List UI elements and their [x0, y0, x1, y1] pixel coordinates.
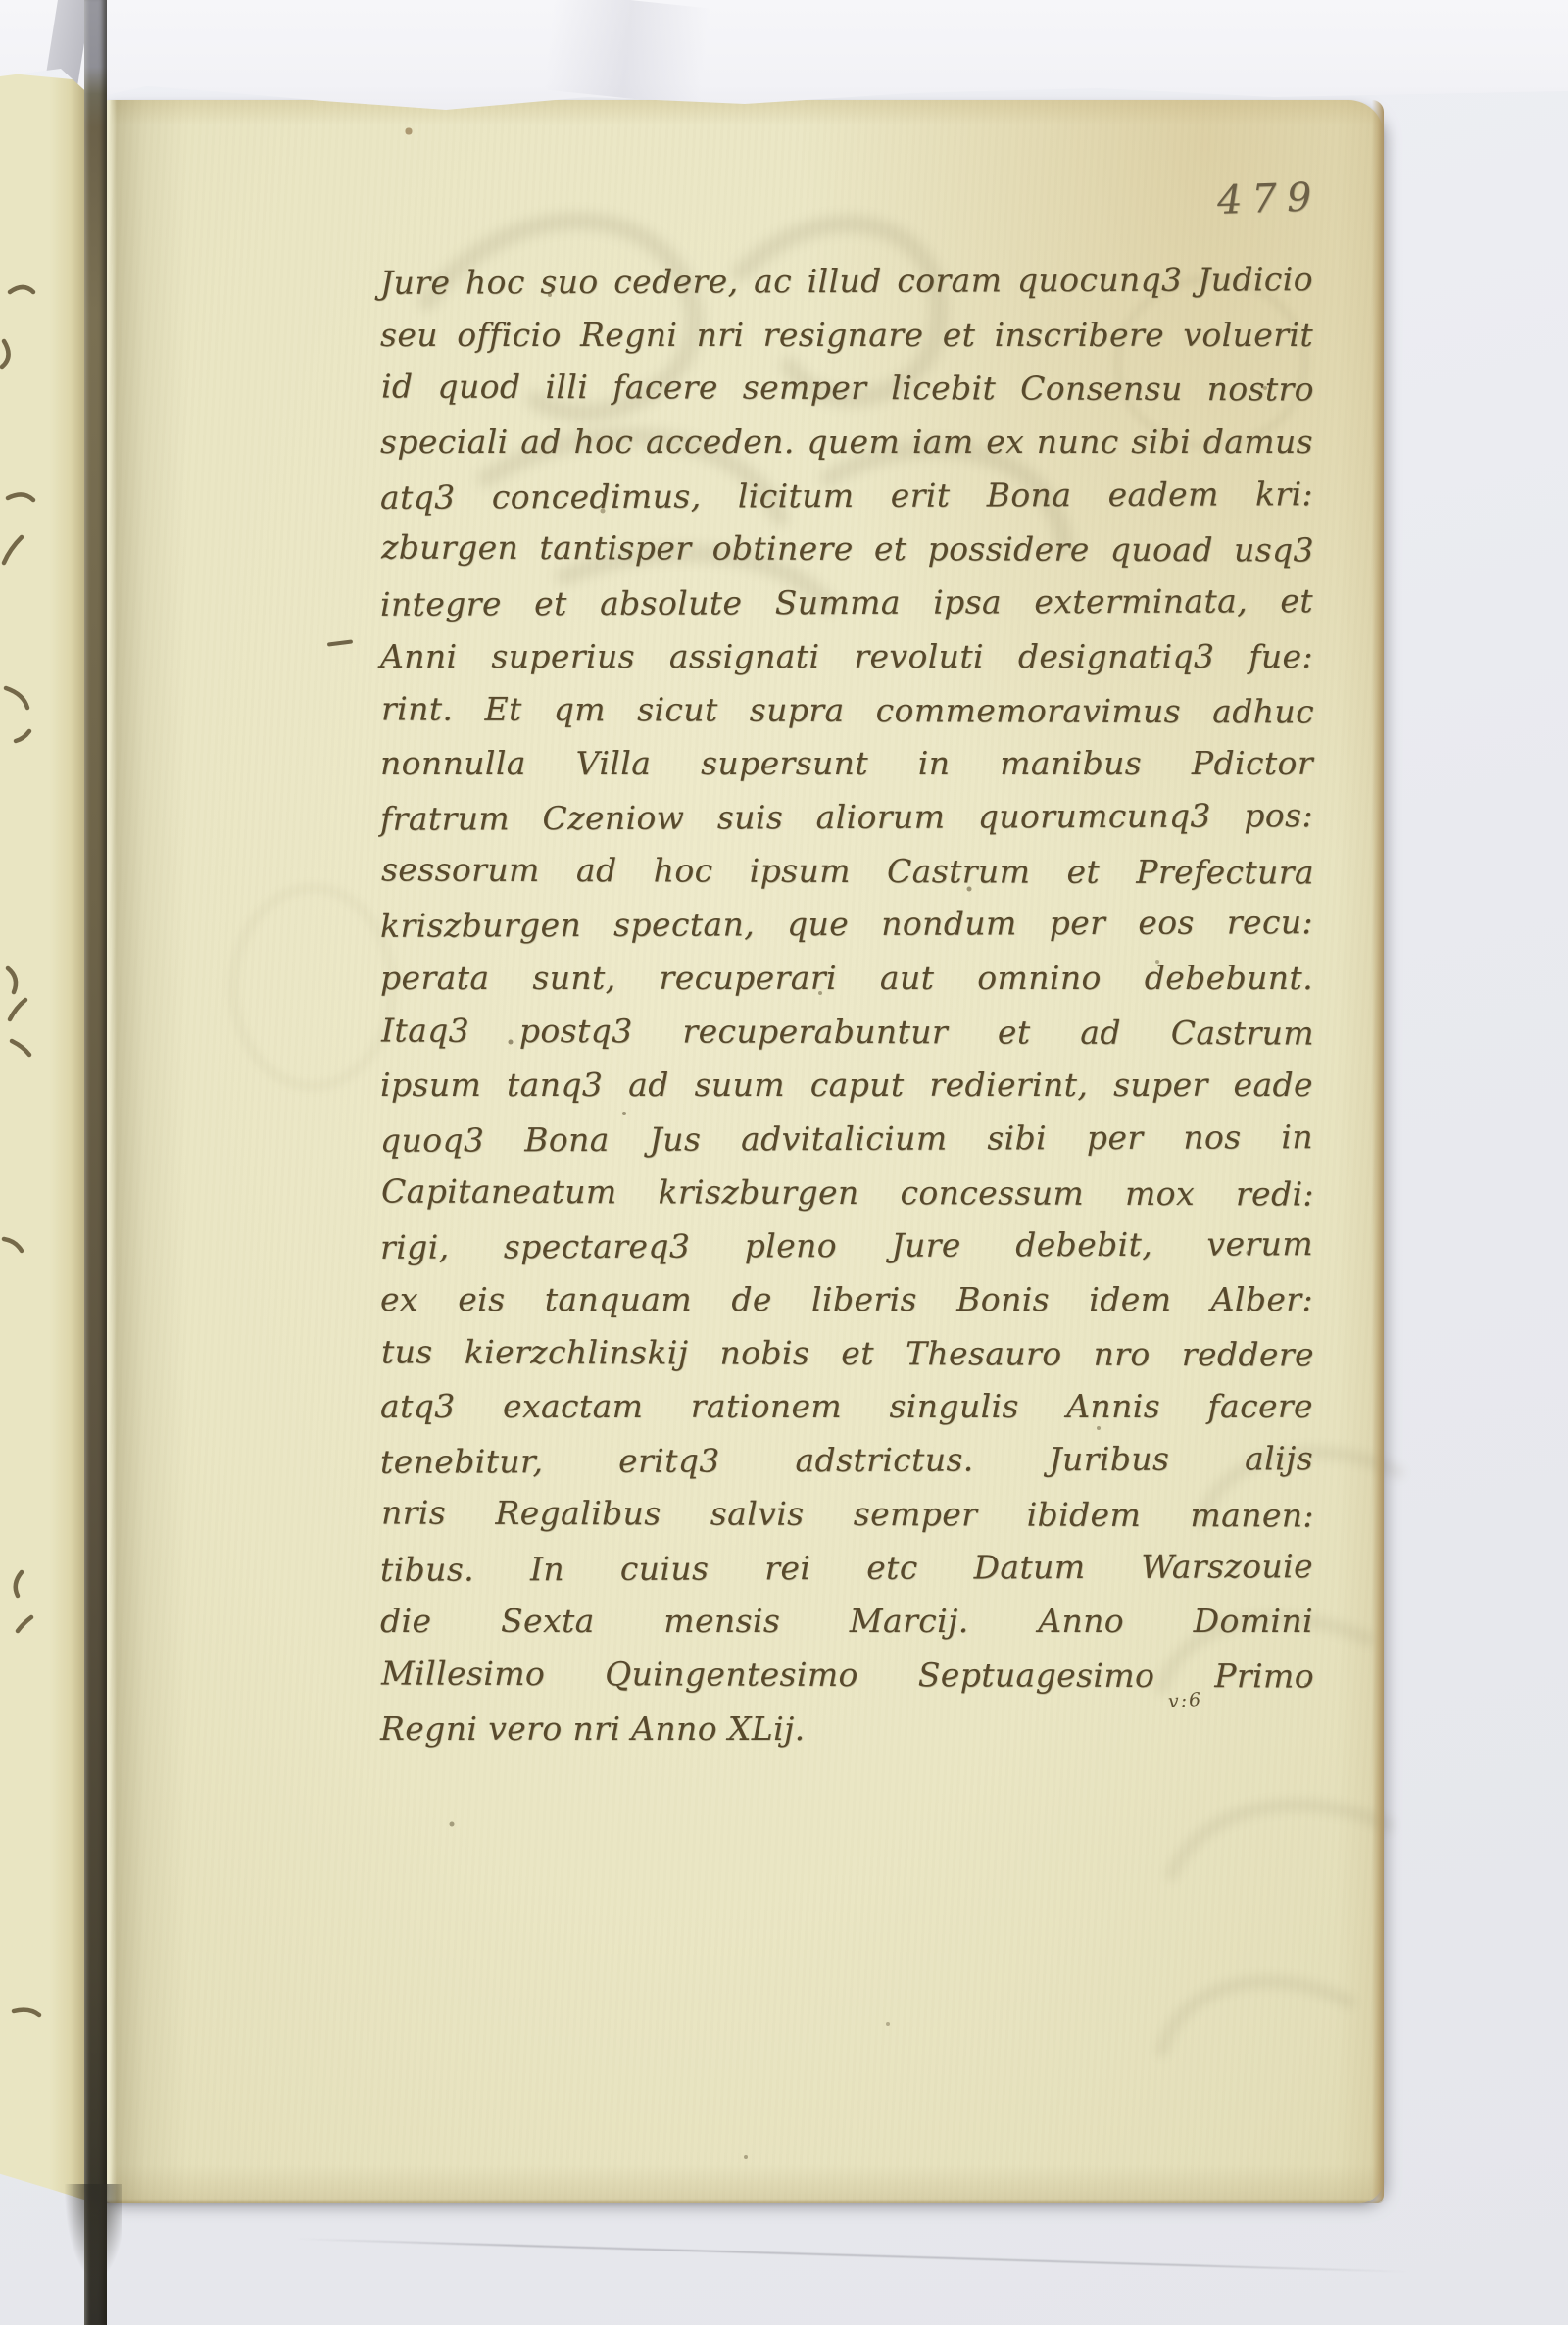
manuscript-line: quoq3 Bona Jus advitalicium sibi per nos… [380, 1111, 1313, 1167]
manuscript-page: 479 Jure hoc suo cedere, ac illud coram … [104, 100, 1384, 2203]
manuscript-line: integre et absolute Summa ipsa extermina… [380, 574, 1313, 631]
manuscript-line: zburgen tantisper obtinere et possidere … [381, 521, 1314, 578]
manuscript-line: atq3 concedimus, licitum erit Bona eadem… [380, 468, 1313, 524]
manuscript-line: sessorum ad hoc ipsum Castrum et Prefect… [381, 843, 1314, 900]
backdrop-crease [294, 2238, 1411, 2273]
facing-page-ink-fragments [0, 73, 90, 2201]
binding-rod-shadow [65, 2184, 122, 2278]
page-bottom-edge [104, 2199, 1384, 2203]
manuscript-line: ex eis tanquam de liberis Bonis idem Alb… [380, 1273, 1313, 1327]
manuscript-photo-scene: 479 Jure hoc suo cedere, ac illud coram … [0, 0, 1568, 2325]
manuscript-text-block: Jure hoc suo cedere, ac illud coram quoc… [380, 255, 1313, 1756]
manuscript-line: speciali ad hoc acceden. quem iam ex nun… [380, 416, 1313, 470]
manuscript-line: rigi, spectareq3 pleno Jure debebit, ver… [380, 1218, 1313, 1275]
regnal-year-superscript: v:6 [1167, 1689, 1203, 1712]
book-binding-rod [84, 0, 107, 2325]
manuscript-line: die Sexta mensis Marcij. Anno Domini [380, 1595, 1313, 1649]
facing-page-edge [0, 73, 90, 2201]
margin-mark [327, 639, 353, 646]
manuscript-line: tenebitur, eritq3 adstrictus. Juribus al… [380, 1432, 1313, 1489]
manuscript-line: id quod illi facere semper licebit Conse… [381, 361, 1314, 418]
manuscript-line: nris Regalibus salvis semper ibidem mane… [381, 1486, 1314, 1543]
folio-number: 479 [1216, 174, 1322, 223]
manuscript-line: Capitaneatum kriszburgen concessum mox r… [381, 1164, 1314, 1221]
manuscript-line: ipsum tanq3 ad suum caput redierint, sup… [380, 1059, 1313, 1113]
manuscript-line: Jure hoc suo cedere, ac illud coram quoc… [380, 253, 1313, 310]
manuscript-line: fratrum Czeniow suis aliorum quorumcunq3… [380, 789, 1313, 846]
water-stain-ring [229, 884, 396, 1090]
manuscript-line: nonnulla Villa supersunt in manibus Pdic… [380, 737, 1313, 791]
manuscript-line: Itaq3 postq3 recuperabuntur et ad Castru… [381, 1004, 1314, 1061]
page-fore-edge [1372, 100, 1384, 2203]
manuscript-line: perata sunt, recuperari aut omnino debeb… [380, 952, 1313, 1006]
manuscript-line: seu officio Regni nri resignare et inscr… [380, 309, 1313, 363]
backdrop-wrinkle [544, 0, 710, 106]
manuscript-line: tibus. In cuius rei etc Datum Warszouie [380, 1540, 1313, 1597]
manuscript-line: rint. Et qm sicut supra commemoravimus a… [381, 682, 1314, 739]
manuscript-line: tus kierzchlinskij nobis et Thesauro nro… [381, 1325, 1314, 1382]
manuscript-line: Anni superius assignati revoluti designa… [380, 630, 1313, 684]
manuscript-line: atq3 exactam rationem singulis Annis fac… [380, 1380, 1313, 1434]
manuscript-line: kriszburgen spectan, que nondum per eos … [380, 896, 1313, 953]
